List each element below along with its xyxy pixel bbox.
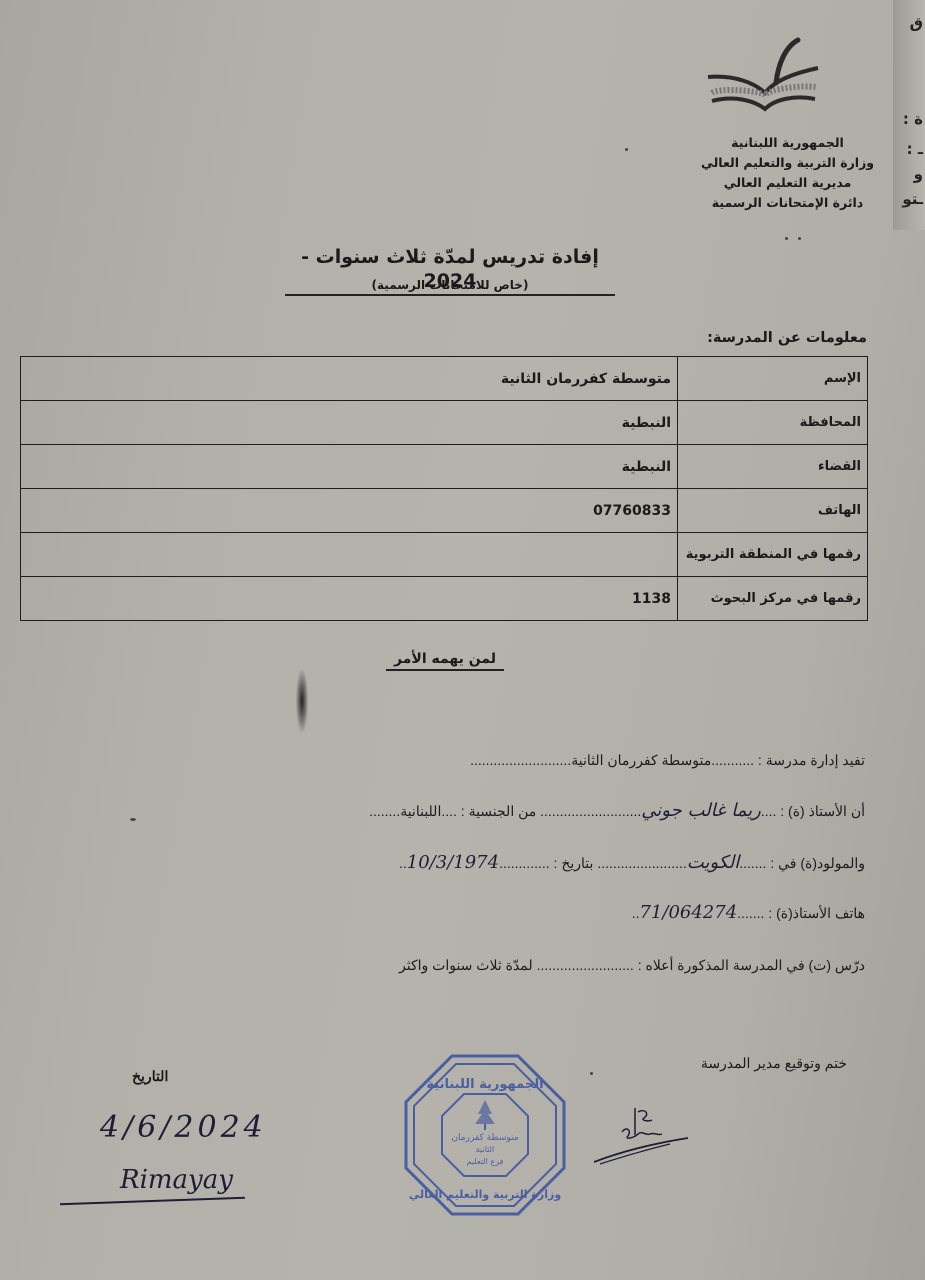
phone-value: 07760833	[21, 489, 678, 533]
school-info-heading: معلومات عن المدرسة:	[707, 330, 867, 346]
official-stamp-icon: الجمهورية اللبنانية متوسطة كفررمان الثان…	[402, 1052, 568, 1218]
teaching-period-line: درّس (ت) في المدرسة المذكورة أعلاه : ...…	[399, 957, 865, 974]
governorate-value: النبطية	[21, 401, 678, 445]
row-label: الهاتف	[678, 489, 868, 533]
line-label: أن الأستاذ (ة) :	[780, 803, 865, 819]
table-row: الإسم متوسطة كفررمان الثانية	[21, 357, 868, 401]
stamp-outer-bottom: وزارة التربية والتعليم العالي	[409, 1188, 561, 1201]
speck	[625, 148, 628, 151]
open-book-quill-icon	[700, 35, 825, 115]
edge-fragment: ـ :	[907, 140, 923, 158]
educational-region-number-value	[21, 533, 678, 577]
edge-fragment: ة :	[903, 110, 923, 128]
birth-line: والمولود(ة) في : .......الكويت..........…	[399, 852, 865, 873]
row-label: رقمها في مركز البحوث	[678, 577, 868, 621]
stamp-inner-line: الثانية	[476, 1145, 494, 1154]
line-label: تفيد إدارة مدرسة :	[758, 752, 865, 768]
stamp-outer-top: الجمهورية اللبنانية	[426, 1077, 543, 1092]
director-stamp-signature-label: ختم وتوقيع مدير المدرسة	[701, 1055, 847, 1072]
table-row: الهاتف 07760833	[21, 489, 868, 533]
stamp-inner-line: فرع التعليم	[467, 1157, 504, 1166]
teacher-name-line: أن الأستاذ (ة) : ....ريما غالب جوني.....…	[369, 800, 865, 821]
school-info-table: الإسم متوسطة كفررمان الثانية المحافظة ال…	[20, 356, 868, 621]
birthplace-handwritten: الكويت	[687, 852, 739, 873]
table-row: القضاء النبطية	[21, 445, 868, 489]
table-row: المحافظة النبطية	[21, 401, 868, 445]
speck	[798, 237, 801, 240]
school-name-value: متوسطة كفررمان الثانية	[21, 357, 678, 401]
table-row: رقمها في مركز البحوث 1138	[21, 577, 868, 621]
signature-handwritten: Rimayay	[120, 1165, 233, 1195]
header-line-ministry: وزارة التربية والتعليم العالي	[700, 153, 875, 173]
edge-fragment: ق	[910, 14, 923, 32]
date-label: التاريخ	[132, 1068, 168, 1085]
signature-underline	[60, 1197, 245, 1205]
to-whom-heading: لمن يهمه الأمر	[386, 649, 504, 671]
certify-school-line: تفيد إدارة مدرسة : ...........متوسطة كفر…	[470, 752, 865, 769]
teacher-phone-line: هاتف الأستاذ(ة) : .......71/064274..	[632, 902, 865, 923]
speck	[130, 818, 136, 821]
line-label: هاتف الأستاذ(ة) :	[768, 905, 865, 921]
row-label: رقمها في المنطقة التربوية	[678, 533, 868, 577]
row-label: الإسم	[678, 357, 868, 401]
district-value: النبطية	[21, 445, 678, 489]
school-name-filled: متوسطة كفررمان الثانية	[571, 752, 711, 768]
document-subtitle: (خاص للامتحانات الرسمية)	[330, 278, 570, 292]
director-signature-icon	[590, 1100, 690, 1170]
header-line-republic: الجمهورية اللبنانية	[700, 133, 875, 153]
speck	[590, 1072, 593, 1075]
edge-fragment: و	[914, 165, 923, 183]
header-line-department: دائرة الإمتحانات الرسمية	[700, 193, 875, 213]
teacher-name-handwritten: ريما غالب جوني	[641, 800, 761, 821]
ink-smudge	[296, 670, 308, 732]
line-label: لمدّة ثلاث سنوات واكثر	[399, 957, 533, 973]
nationality-value: اللبنانية	[400, 803, 441, 819]
table-row: رقمها في المنطقة التربوية	[21, 533, 868, 577]
teacher-phone-handwritten: 71/064274	[639, 902, 737, 923]
date-handwritten: 4/6/2024	[100, 1110, 267, 1145]
line-label: والمولود(ة) في :	[770, 855, 865, 871]
edge-fragment: ـتو	[902, 190, 923, 208]
research-center-number-value: 1138	[21, 577, 678, 621]
row-label: المحافظة	[678, 401, 868, 445]
birth-date-handwritten: 10/3/1974	[407, 852, 499, 873]
header-line-directorate: مديرية التعليم العالي	[700, 173, 875, 193]
line-label: من الجنسية :	[461, 803, 536, 819]
line-label: درّس (ت) في المدرسة المذكورة أعلاه :	[638, 957, 865, 973]
issuing-authority-header: الجمهورية اللبنانية وزارة التربية والتعل…	[700, 133, 875, 213]
stamp-inner-line: متوسطة كفررمان	[451, 1133, 518, 1143]
speck	[785, 237, 788, 240]
row-label: القضاء	[678, 445, 868, 489]
line-label: بتاريخ :	[554, 855, 594, 871]
